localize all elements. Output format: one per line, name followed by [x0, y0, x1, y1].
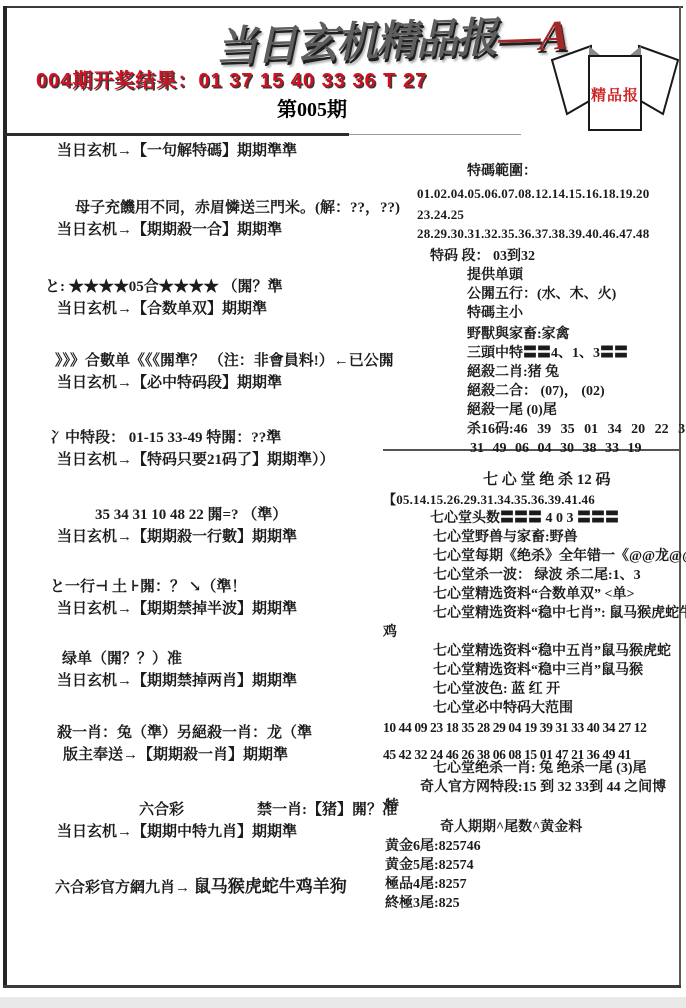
range-numbers-line1: 01.02.04.05.06.07.08.12.14.15.16.18.19.2… — [417, 184, 686, 203]
left-sec3-title: 当日玄机→【合数单双】期期準 — [57, 298, 400, 320]
kill-two-zodiac: 絕殺二肖:猪 兔 — [467, 363, 686, 382]
qiren-gold-label: 奇人期期^尾数^黄金料 — [440, 818, 686, 837]
left-sec11-line: 六合彩官方網九肖→ 鼠马猴虎蛇牛鸡羊狗 — [55, 876, 400, 899]
qixintang-kill-zodiac-tail: 七心堂绝杀一肖: 兔 绝杀一尾 (3)尾 — [433, 759, 686, 778]
qixintang-heading: 七 心 堂 绝 杀 12 码 — [483, 471, 686, 490]
issue-number: 第005期 — [277, 93, 347, 122]
left-sec6-clue: 35 34 31 10 48 22 閞=? （準） — [95, 504, 400, 526]
left-sec1-title: 当日玄机→【一句解特碼】期期準準 — [57, 140, 400, 162]
left-sec8-clue: 绿单（閞？？）准 — [62, 648, 400, 670]
qixintang-heads: 七心堂头数〓〓〓 4 0 3 〓〓〓 — [430, 509, 686, 528]
header-divider-line-ext — [349, 134, 521, 135]
qixintang-three-zodiac: 七心堂精选资料“稳中三肖”鼠马猴 — [433, 661, 686, 680]
left-column: 当日玄机→【一句解特碼】期期準準 母子充饑用不同，赤眉憐送三門米。(解：??，?… — [0, 136, 400, 899]
left-sec9-title: 版主奉送→【期期殺一肖】期期準 — [63, 744, 400, 766]
qixintang-seven-zodiac-wrap: 鸡 — [383, 623, 686, 642]
left-sec10-clue: 六合彩禁一肖:【猪】閞？准 — [57, 799, 400, 821]
left-sec8-title: 当日玄机→【期期禁掉两肖】期期準 — [57, 670, 400, 692]
qixintang-five-zodiac: 七心堂精选资料“稳中五肖”鼠马猴虎蛇 — [433, 642, 686, 661]
kill-one-tail: 絕殺一尾 (0)尾 — [467, 401, 686, 420]
final-3-tail: 終極3尾:825 — [385, 894, 686, 913]
ribbon-left-fold — [589, 46, 601, 56]
kill-16-codes-line2: 31 49 06 04 30 38 33 19 — [470, 439, 686, 458]
page-border-top — [3, 6, 683, 8]
page-border-bottom — [3, 985, 681, 988]
qiren-segment: 奇人官方网特段:15 到 32 33到 44 之间博 — [420, 778, 686, 797]
beast-vs-livestock: 野獸與家畜:家禽 — [467, 325, 686, 344]
ban-one-zodiac: 禁一肖:【猪】閞？准 — [257, 802, 397, 818]
left-sec6-title: 当日玄机→【期期殺一行數】期期準 — [57, 526, 400, 548]
left-sec2-title: 当日玄机→【期期殺一合】期期準 — [57, 219, 400, 241]
top-4-tail: 極品4尾:8257 — [385, 875, 686, 894]
left-sec3-clue: と: ★★★★05合★★★★ （閞？準 — [45, 276, 400, 298]
qixintang-big-range-label: 七心堂必中特码大范围 — [433, 699, 686, 718]
special-code-small: 特碼主小 — [467, 304, 686, 323]
special-segment: 特码 段： 03到32 — [430, 247, 686, 266]
left-sec7-clue: と一行⊣ 土 ⊦閞：？ ↘（準！ — [50, 576, 400, 598]
three-heads: 三頭中特〓〓4、1、3〓〓 — [467, 344, 686, 363]
left-sec10-title: 当日玄机→【期期中特九肖】期期準 — [57, 821, 400, 843]
kill-two-sum: 絕殺二合： (07)， (02) — [467, 382, 686, 401]
gold-6-tail: 黄金6尾:825746 — [385, 837, 686, 856]
left-sec5-title: 当日玄机→【特码只要21码了】期期準）） — [57, 449, 400, 471]
qixintang-wave-color: 七心堂波色: 蓝 红 开 — [433, 680, 686, 699]
kill-16-codes-line1: 杀16码:46 39 35 01 34 20 22 37 — [467, 420, 686, 439]
ribbon-right-wing — [639, 46, 678, 114]
ribbon-right-fold — [629, 46, 641, 56]
left-sec4-title: 当日玄机→【必中特码段】期期準 — [57, 372, 400, 394]
lottery-tip-sheet-page: 当日玄机精品报—A 004期开奖结果：01 37 15 40 33 36 T 2… — [0, 0, 686, 1008]
qiren-segment-wrap: 特 — [385, 797, 686, 816]
provide-single-head: 提供单頭 — [467, 266, 686, 285]
left-sec9-clue: 殺一肖：兔（準）另絕殺一肖：龙（準 — [57, 722, 400, 744]
ribbon-badge: 精品报 — [544, 28, 686, 178]
range-numbers-line2: 23.24.25 — [417, 205, 686, 224]
five-elements: 公閞五行：(水、木、火) — [467, 285, 686, 304]
range-numbers-line3: 28.29.30.31.32.35.36.37.38.39.40.46.47.4… — [417, 224, 686, 243]
qixintang-beast: 七心堂野兽与家畜:野兽 — [433, 528, 686, 547]
official-nine-zodiac-label: 六合彩官方網九肖→ — [55, 880, 190, 896]
gold-5-tail: 黄金5尾:82574 — [385, 856, 686, 875]
special-code-range-label: 特碼範圍： — [467, 162, 686, 181]
previous-draw-result: 004期开奖结果：01 37 15 40 33 36 T 27 — [36, 64, 427, 93]
left-sec4-clue: 》》》合數单《《《閞準？ （注：非會員料!）←已公閞 — [55, 350, 400, 372]
liuhecai-label: 六合彩 — [139, 802, 184, 818]
qixintang-sum-parity: 七心堂精选资料“合数单双” <单> — [433, 585, 686, 604]
nine-zodiac-animals: 鼠马猴虎蛇牛鸡羊狗 — [194, 877, 347, 896]
qixintang-12-codes: 【05.14.15.26.29.31.34.35.36.39.41.46 — [383, 490, 686, 509]
ribbon-left-wing — [552, 46, 591, 114]
ribbon-label: 精品报 — [590, 86, 639, 104]
left-sec2-clue: 母子充饑用不同，赤眉憐送三門米。(解：??，??) — [75, 197, 400, 219]
qixintang-yearly-kill: 七心堂每期《绝杀》全年错一《@@龙@@》 — [433, 547, 686, 566]
page-title-main: 当日玄机精品报 — [214, 15, 504, 71]
left-sec7-title: 当日玄机→【期期禁掉半波】期期準 — [57, 598, 400, 620]
qixintang-seven-zodiac: 七心堂精选资料“稳中七肖”: 鼠马猴虎蛇牛 — [433, 604, 686, 623]
qixintang-kill-wave: 七心堂杀一波： 绿波 杀二尾:1、3 — [433, 566, 686, 585]
left-sec5-clue: 冫中特段： 01-15 33-49 特閞：??準 — [50, 427, 400, 449]
bottom-gray-strip — [0, 997, 686, 1008]
big-range-numbers-line1: 10 44 09 23 18 35 28 29 04 19 39 31 33 4… — [383, 718, 686, 737]
right-column: 特碼範圍： 01.02.04.05.06.07.08.12.14.15.16.1… — [383, 160, 686, 913]
